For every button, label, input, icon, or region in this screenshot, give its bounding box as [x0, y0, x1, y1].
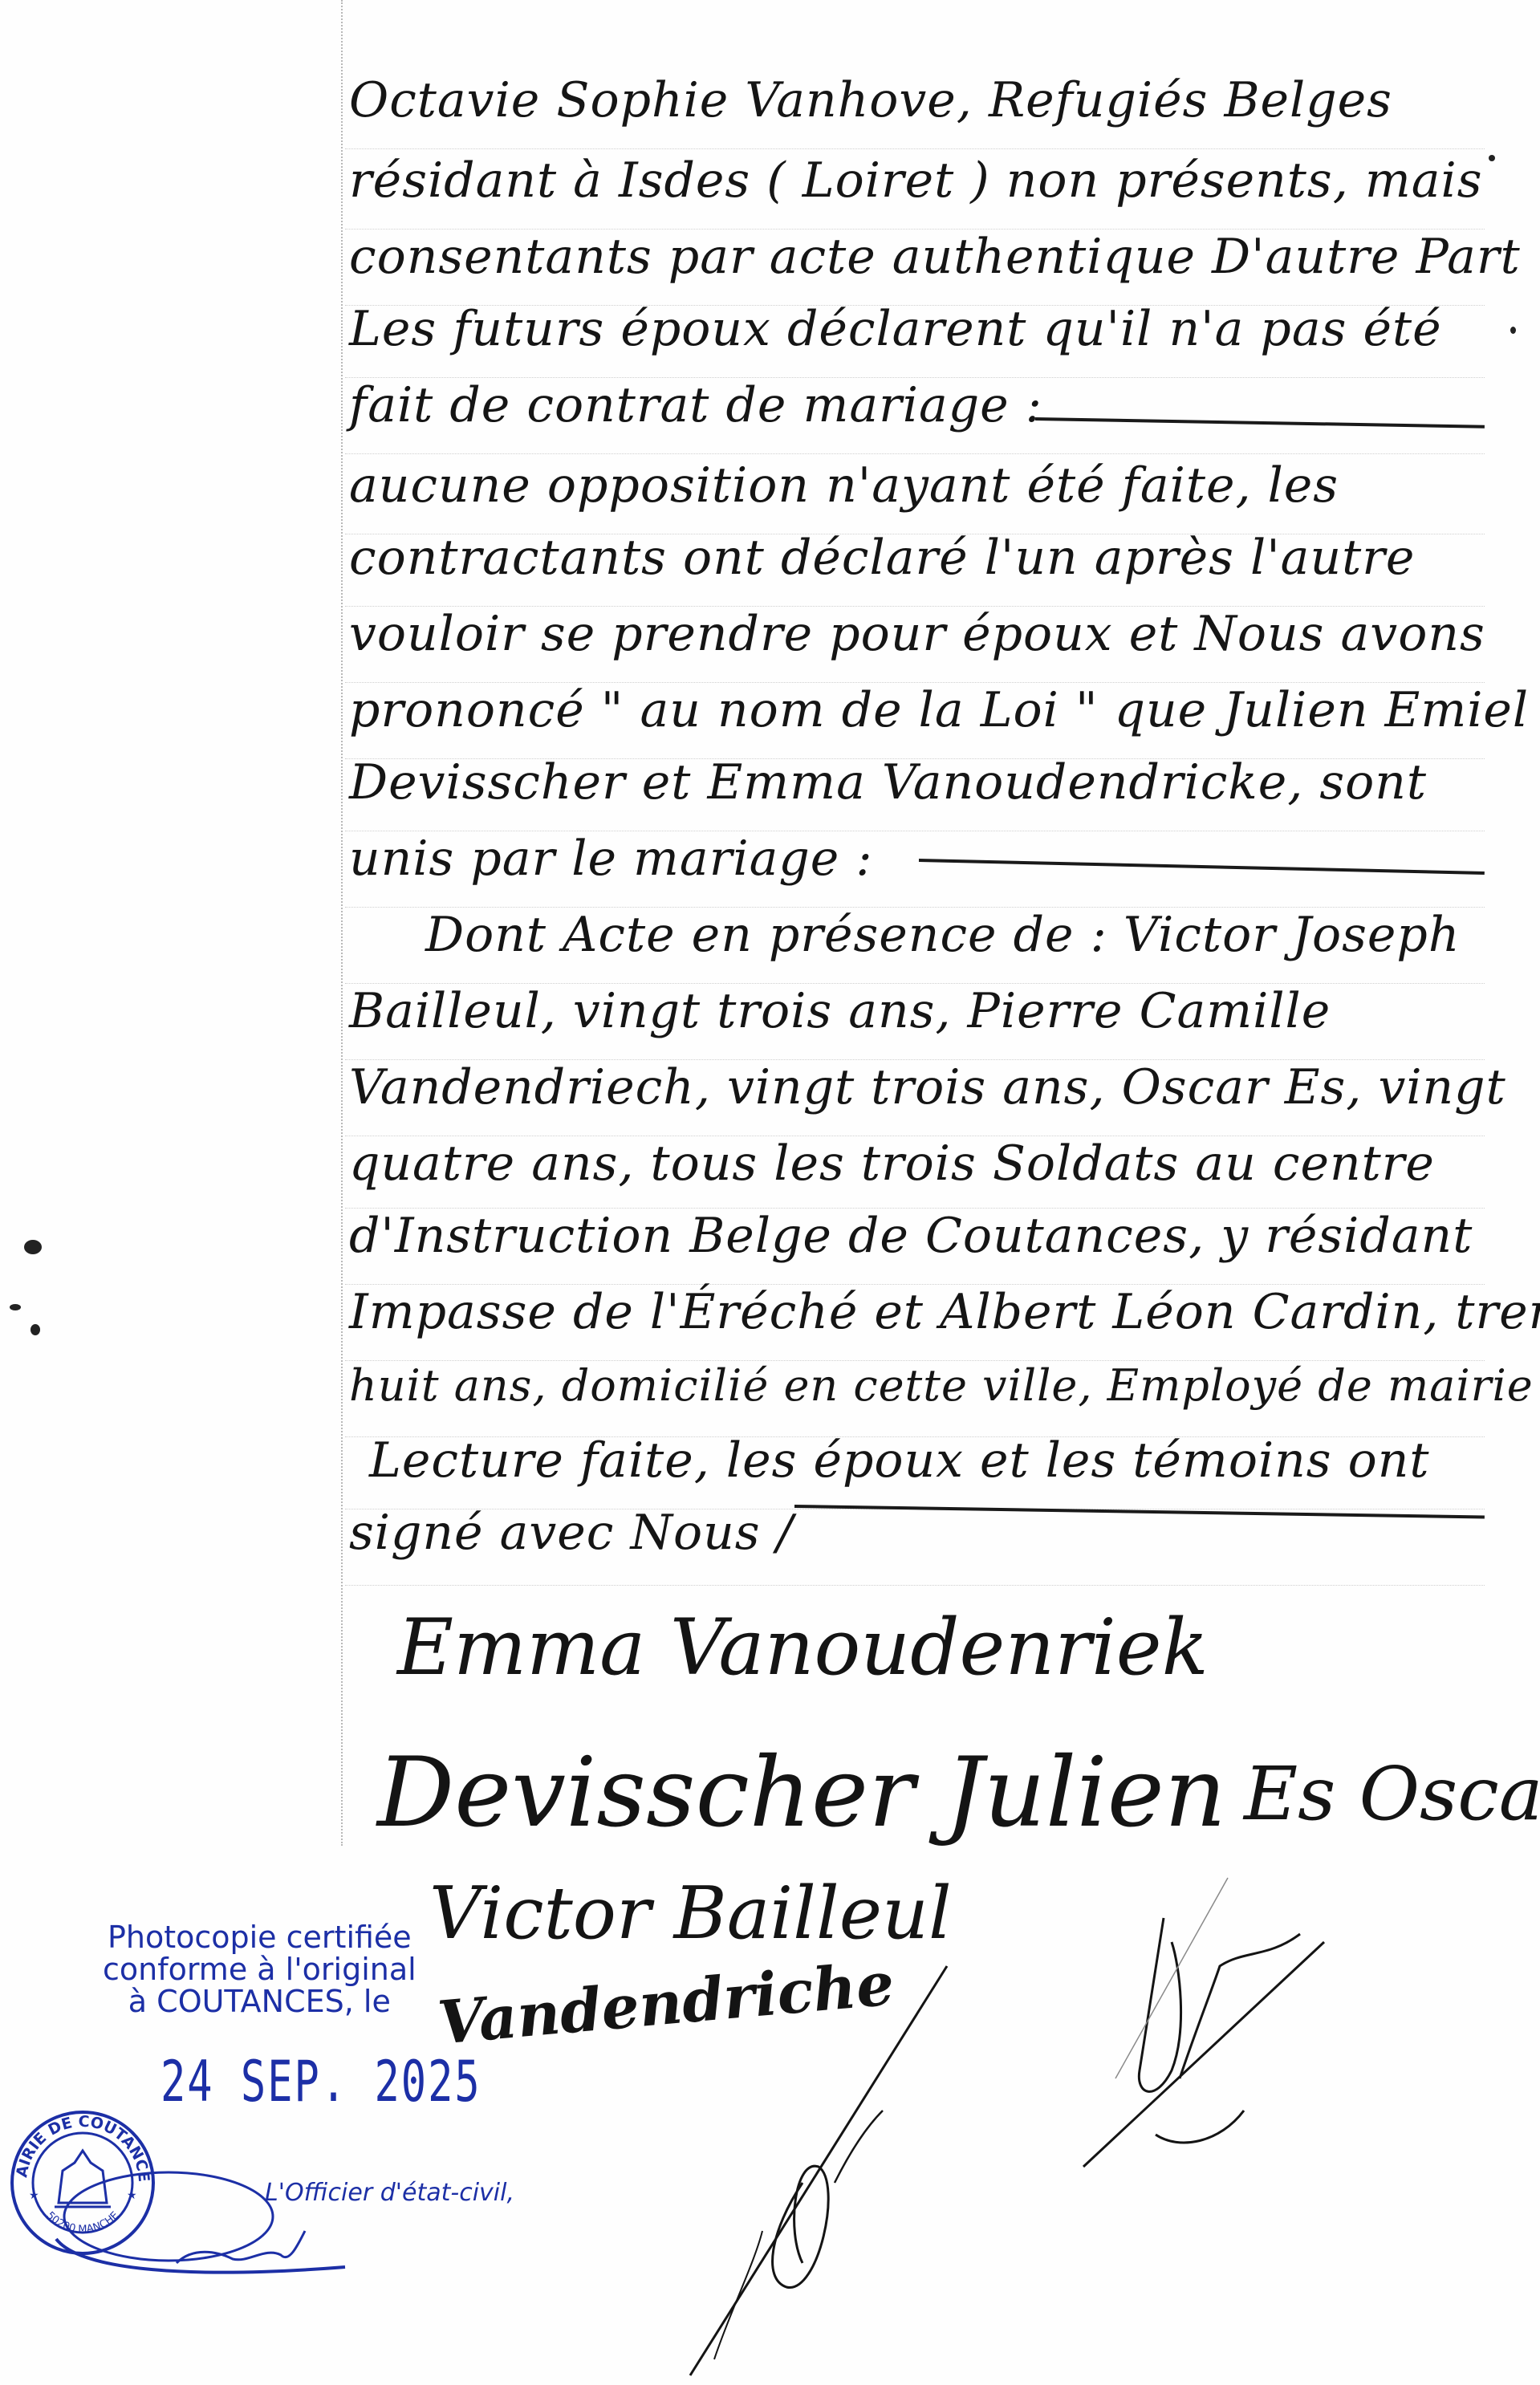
ruled-line — [345, 148, 1485, 149]
body-line: Octavie Sophie Vanhove, Refugiés Belges — [349, 76, 1392, 124]
stamp-line-2: conforme à l'original — [103, 1954, 416, 1986]
ruled-line — [345, 1585, 1485, 1586]
body-line: Lecture faite, les époux et les témoins … — [369, 1436, 1430, 1485]
margin-mark — [30, 1324, 40, 1335]
body-line: contractants ont déclaré l'un après l'au… — [349, 534, 1415, 582]
body-line: d'Instruction Belge de Coutances, y rési… — [349, 1212, 1473, 1260]
body-line: huit ans, domicilié en cette ville, Empl… — [349, 1364, 1534, 1408]
body-line: résidant à Isdes ( Loiret ) non présents… — [349, 156, 1483, 205]
margin-mark — [24, 1240, 42, 1254]
body-line: Les futurs époux déclarent qu'il n'a pas… — [349, 305, 1442, 353]
body-line: Dont Acte en présence de : Victor Joseph — [425, 911, 1460, 959]
body-line: Vandendriech, vingt trois ans, Oscar Es,… — [349, 1063, 1506, 1111]
line-filler-dash — [919, 859, 1485, 875]
body-line: Bailleul, vingt trois ans, Pierre Camill… — [349, 987, 1331, 1035]
paraphe-signature-2 — [1059, 1870, 1364, 2175]
body-line: vouloir se prendre pour époux et Nous av… — [349, 610, 1485, 658]
stamp-date: 24 SEP. 2025 — [161, 2050, 482, 2115]
body-line: Impasse de l'Éréché et Albert Léon Cardi… — [349, 1288, 1540, 1336]
body-line: prononcé " au nom de la Loi " que Julien… — [349, 686, 1529, 734]
body-line: fait de contrat de mariage : — [349, 381, 1042, 429]
margin-rule — [341, 0, 343, 1846]
ruled-line — [345, 453, 1485, 454]
body-line: unis par le mariage : — [349, 835, 873, 883]
signature-witness-es: Es Oscar — [1244, 1757, 1540, 1831]
body-line: consentants par acte authentique D'autre… — [349, 233, 1521, 281]
stamp-line-3: à COUTANCES, le — [103, 1986, 416, 2018]
document-page: Octavie Sophie Vanhove, Refugiés Belges … — [0, 0, 1540, 2385]
signature-witness-bailleul: Victor Bailleul — [429, 1878, 952, 1950]
line-filler-dash — [1035, 417, 1485, 429]
margin-mark — [10, 1304, 21, 1310]
line-filler-dash — [794, 1505, 1485, 1519]
certification-stamp: Photocopie certifiée conforme à l'origin… — [103, 1922, 416, 2018]
signature-bride: Emma Vanoudenriek — [397, 1609, 1209, 1686]
body-line: quatre ans, tous les trois Soldats au ce… — [349, 1140, 1435, 1188]
margin-mark — [1510, 327, 1516, 334]
body-line: aucune opposition n'ayant été faite, les — [349, 461, 1339, 510]
body-line: signé avec Nous / — [349, 1509, 794, 1557]
officer-signature — [32, 2159, 369, 2295]
signature-groom: Devisscher Julien — [377, 1745, 1226, 1842]
stamp-line-1: Photocopie certifiée — [103, 1922, 416, 1954]
margin-mark — [1489, 155, 1495, 161]
paraphe-signature-1 — [666, 1942, 1019, 2385]
body-line: Devisscher et Emma Vanoudendricke, sont — [349, 758, 1427, 807]
